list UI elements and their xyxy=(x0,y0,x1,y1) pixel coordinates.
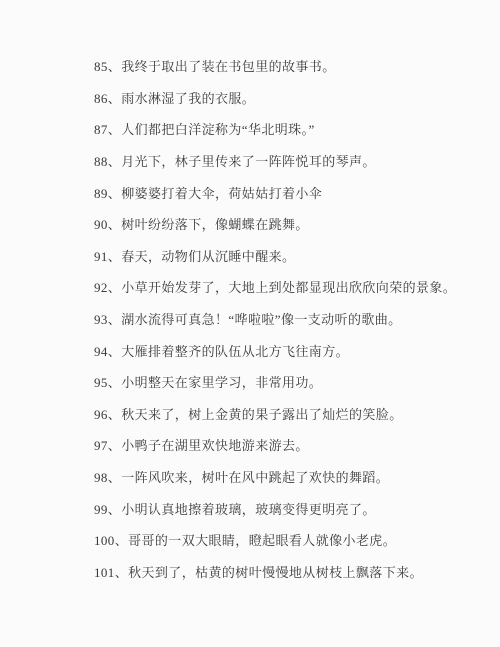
sentence-line: 87、人们都把白洋淀称为“华北明珠。” xyxy=(94,113,470,145)
document-page: 85、我终于取出了装在书包里的故事书。 86、雨水淋湿了我的衣服。 87、人们都… xyxy=(0,0,500,647)
sentence-line: 99、小明认真地擦着玻璃，玻璃变得更明亮了。 xyxy=(94,492,470,524)
sentence-line: 101、秋天到了，枯黄的树叶慢慢地从树枝上飘落下来。 xyxy=(94,556,470,588)
sentence-line: 90、树叶纷纷落下，像蝴蝶在跳舞。 xyxy=(94,208,470,240)
sentence-line: 98、一阵风吹来，树叶在风中跳起了欢快的舞蹈。 xyxy=(94,461,470,493)
sentence-line: 96、秋天来了，树上金黄的果子露出了灿烂的笑脸。 xyxy=(94,398,470,430)
sentence-line: 86、雨水淋湿了我的衣服。 xyxy=(94,82,470,114)
sentence-line: 92、小草开始发芽了，大地上到处都显现出欣欣向荣的景象。 xyxy=(94,271,470,303)
sentence-line: 88、月光下，林子里传来了一阵阵悦耳的琴声。 xyxy=(94,145,470,177)
sentence-line: 89、柳婆婆打着大伞，荷姑姑打着小伞 xyxy=(94,176,470,208)
sentence-line: 94、大雁排着整齐的队伍从北方飞往南方。 xyxy=(94,334,470,366)
sentence-line: 100、哥哥的一双大眼睛，瞪起眼看人就像小老虎。 xyxy=(94,524,470,556)
sentence-line: 93、湖水流得可真急！“哗啦啦”像一支动听的歌曲。 xyxy=(94,303,470,335)
sentence-line: 85、我终于取出了装在书包里的故事书。 xyxy=(94,50,470,82)
sentence-line: 91、春天，动物们从沉睡中醒来。 xyxy=(94,240,470,272)
sentence-line: 97、小鸭子在湖里欢快地游来游去。 xyxy=(94,429,470,461)
sentence-line: 95、小明整天在家里学习，非常用功。 xyxy=(94,366,470,398)
